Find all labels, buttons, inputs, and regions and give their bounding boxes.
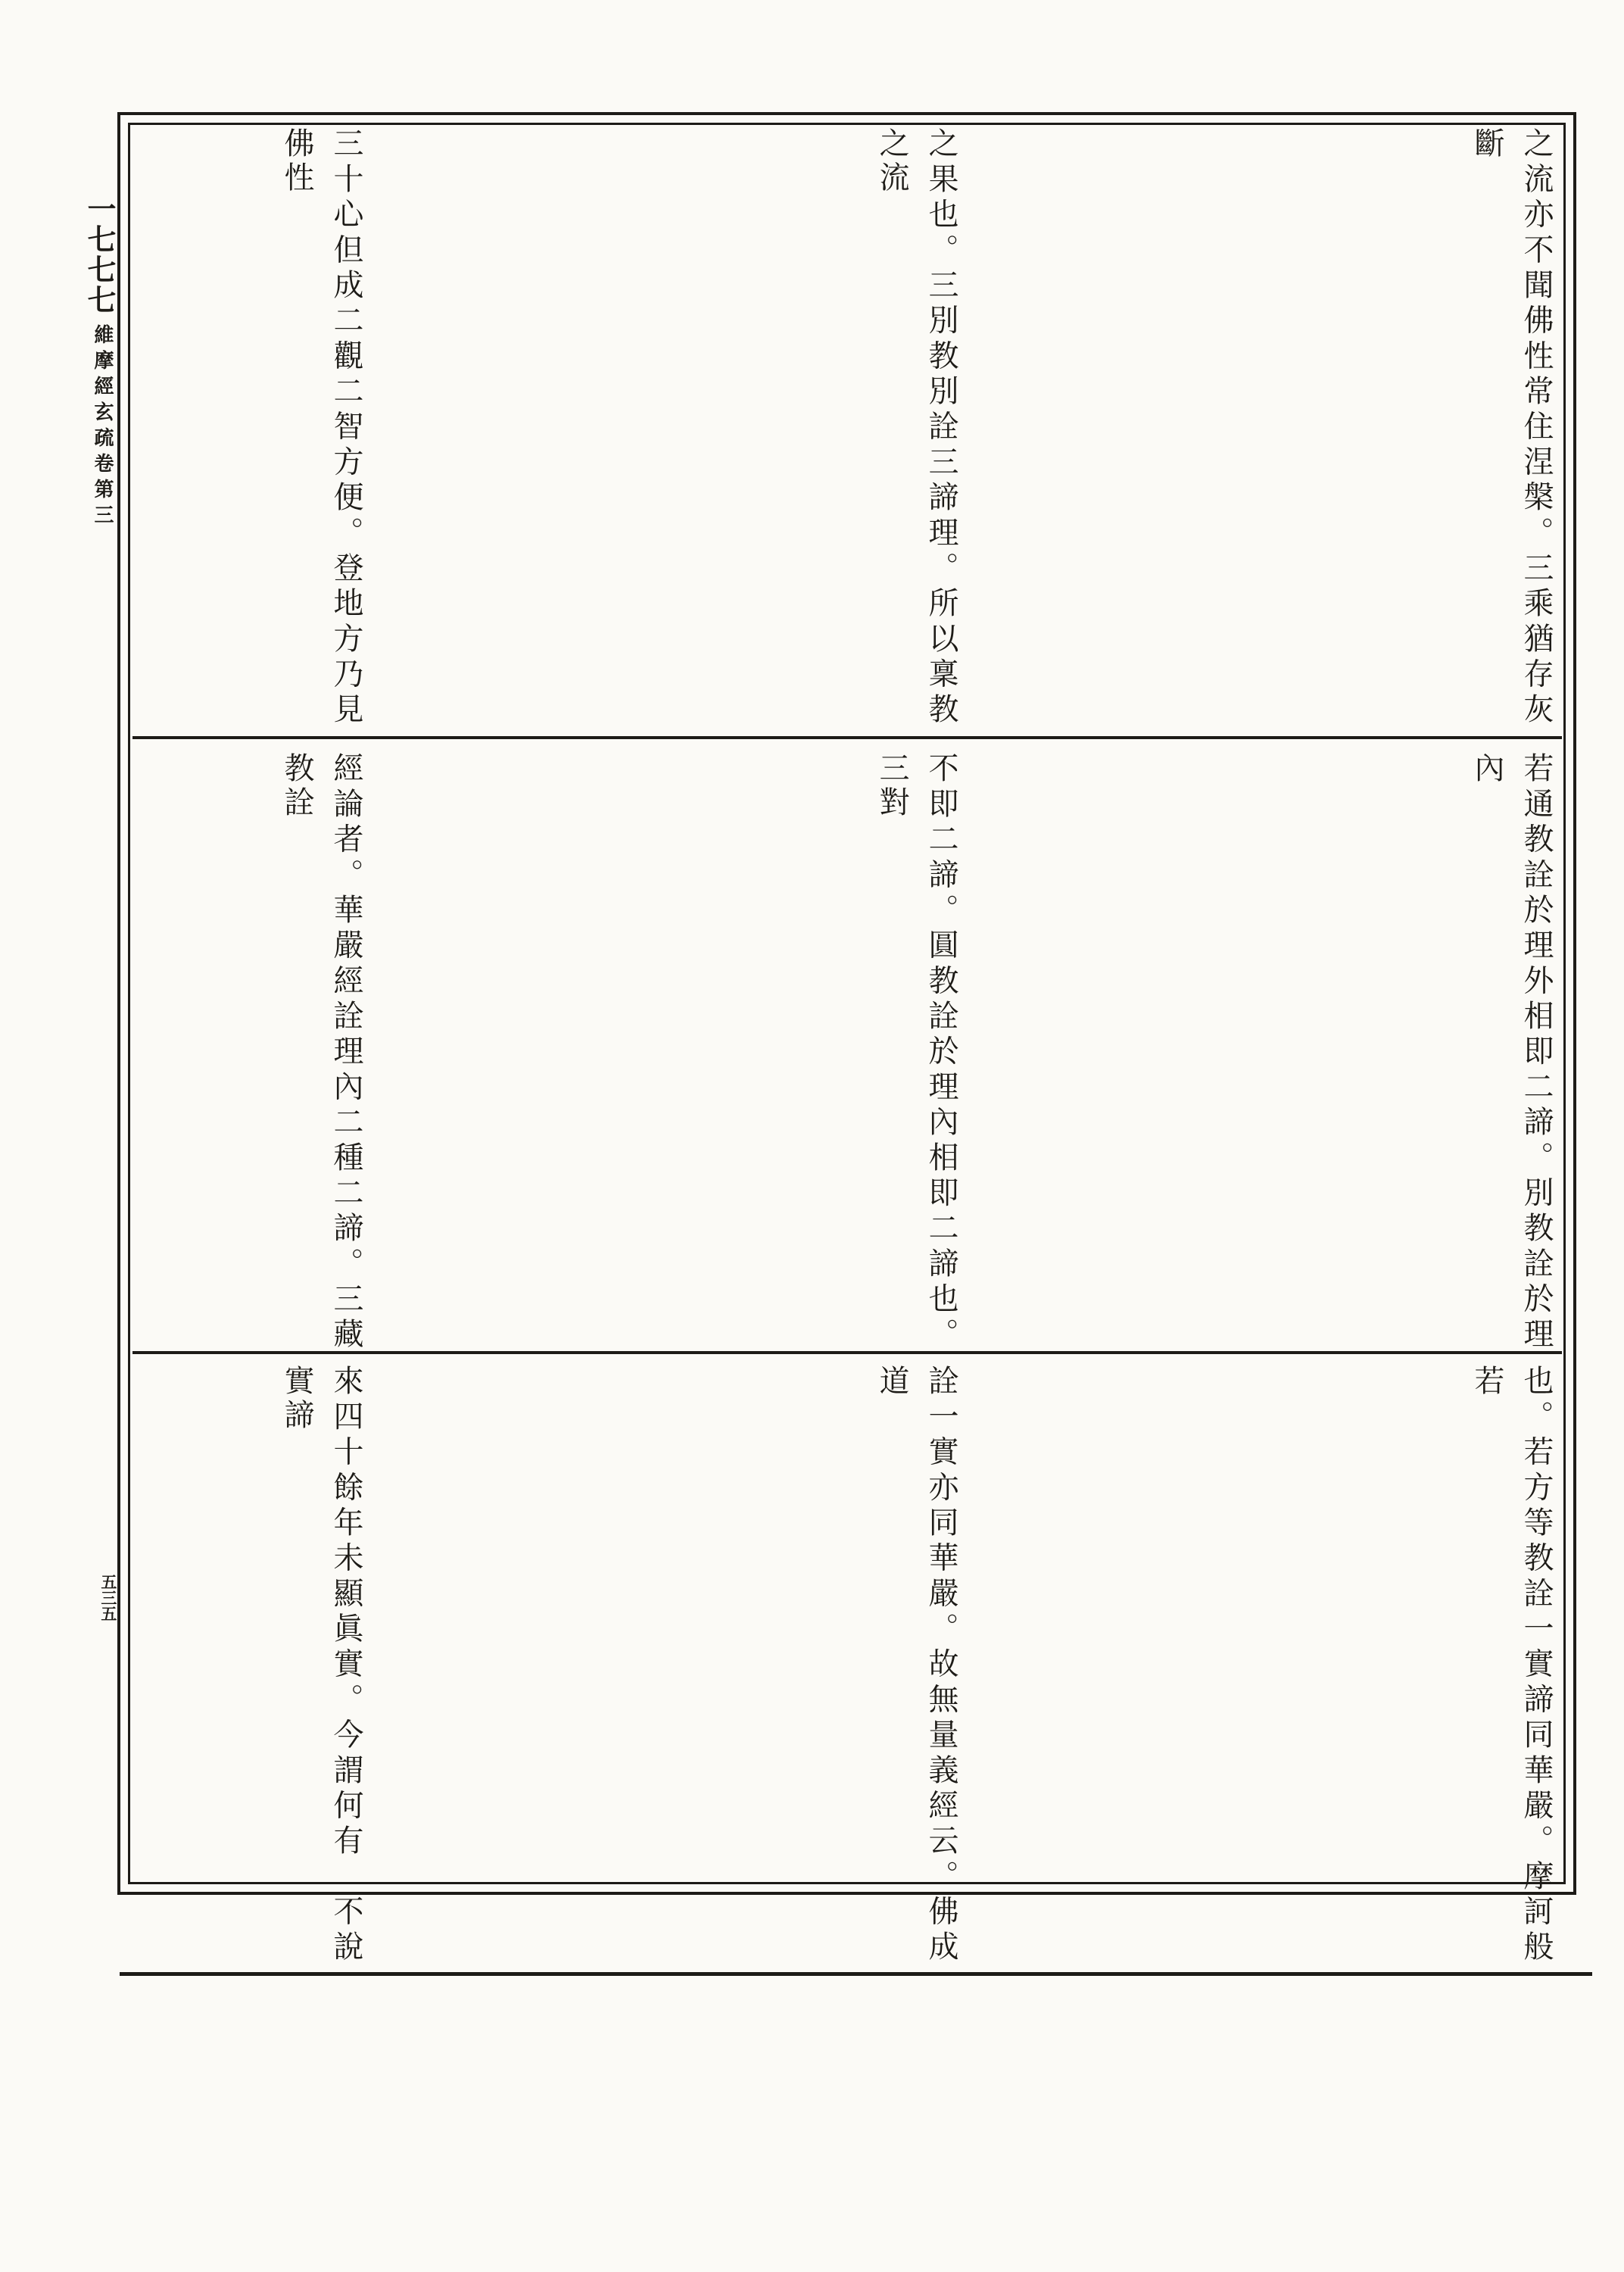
text-column: 之流亦不聞佛性常住涅槃。三乘猶存灰斷 <box>965 127 1560 727</box>
band-separator-1 <box>132 736 1562 739</box>
band-separator-2 <box>132 1351 1562 1354</box>
margin-page-number: 五三五 <box>101 1574 115 1621</box>
text-column: 也。若方等教詮一實諦同華嚴。摩訶般若 <box>965 1365 1560 1965</box>
text-band-3: 也。若方等教詮一實諦同華嚴。摩訶般若詮一實亦同華嚴。故無量義經云。佛成道來四十餘… <box>132 1365 1560 1965</box>
page-root: { "document": { "kind": "taisho-canon-sc… <box>0 0 1624 2272</box>
margin-sutra-title: 維摩經玄疏卷第三 <box>92 324 112 530</box>
margin-taisho-number: 一七七七 <box>85 194 114 315</box>
footer-rule <box>120 1972 1592 1976</box>
text-band-1: 之流亦不聞佛性常住涅槃。三乘猶存灰斷之果也。三別教別詮三諦理。所以稟教之流三十心… <box>132 127 1560 727</box>
text-column: 詮一實亦同華嚴。故無量義經云。佛成道 <box>370 1365 965 1965</box>
text-column: 若通教詮於理外相即二諦。別教詮於理內 <box>965 752 1560 1352</box>
text-column: 經論者。華嚴經詮理內二種二諦。三藏教詮 <box>132 752 370 1352</box>
text-column: 之果也。三別教別詮三諦理。所以稟教之流 <box>370 127 965 727</box>
text-column: 三十心但成二觀二智方便。登地方乃見佛性 <box>132 127 370 727</box>
text-column: 來四十餘年未顯眞實。今謂何有 不說實諦 <box>132 1365 370 1965</box>
text-column: 不即二諦。圓教詮於理內相即二諦也。三對 <box>370 752 965 1352</box>
text-band-2: 若通教詮於理外相即二諦。別教詮於理內不即二諦。圓教詮於理內相即二諦也。三對經論者… <box>132 752 1560 1352</box>
